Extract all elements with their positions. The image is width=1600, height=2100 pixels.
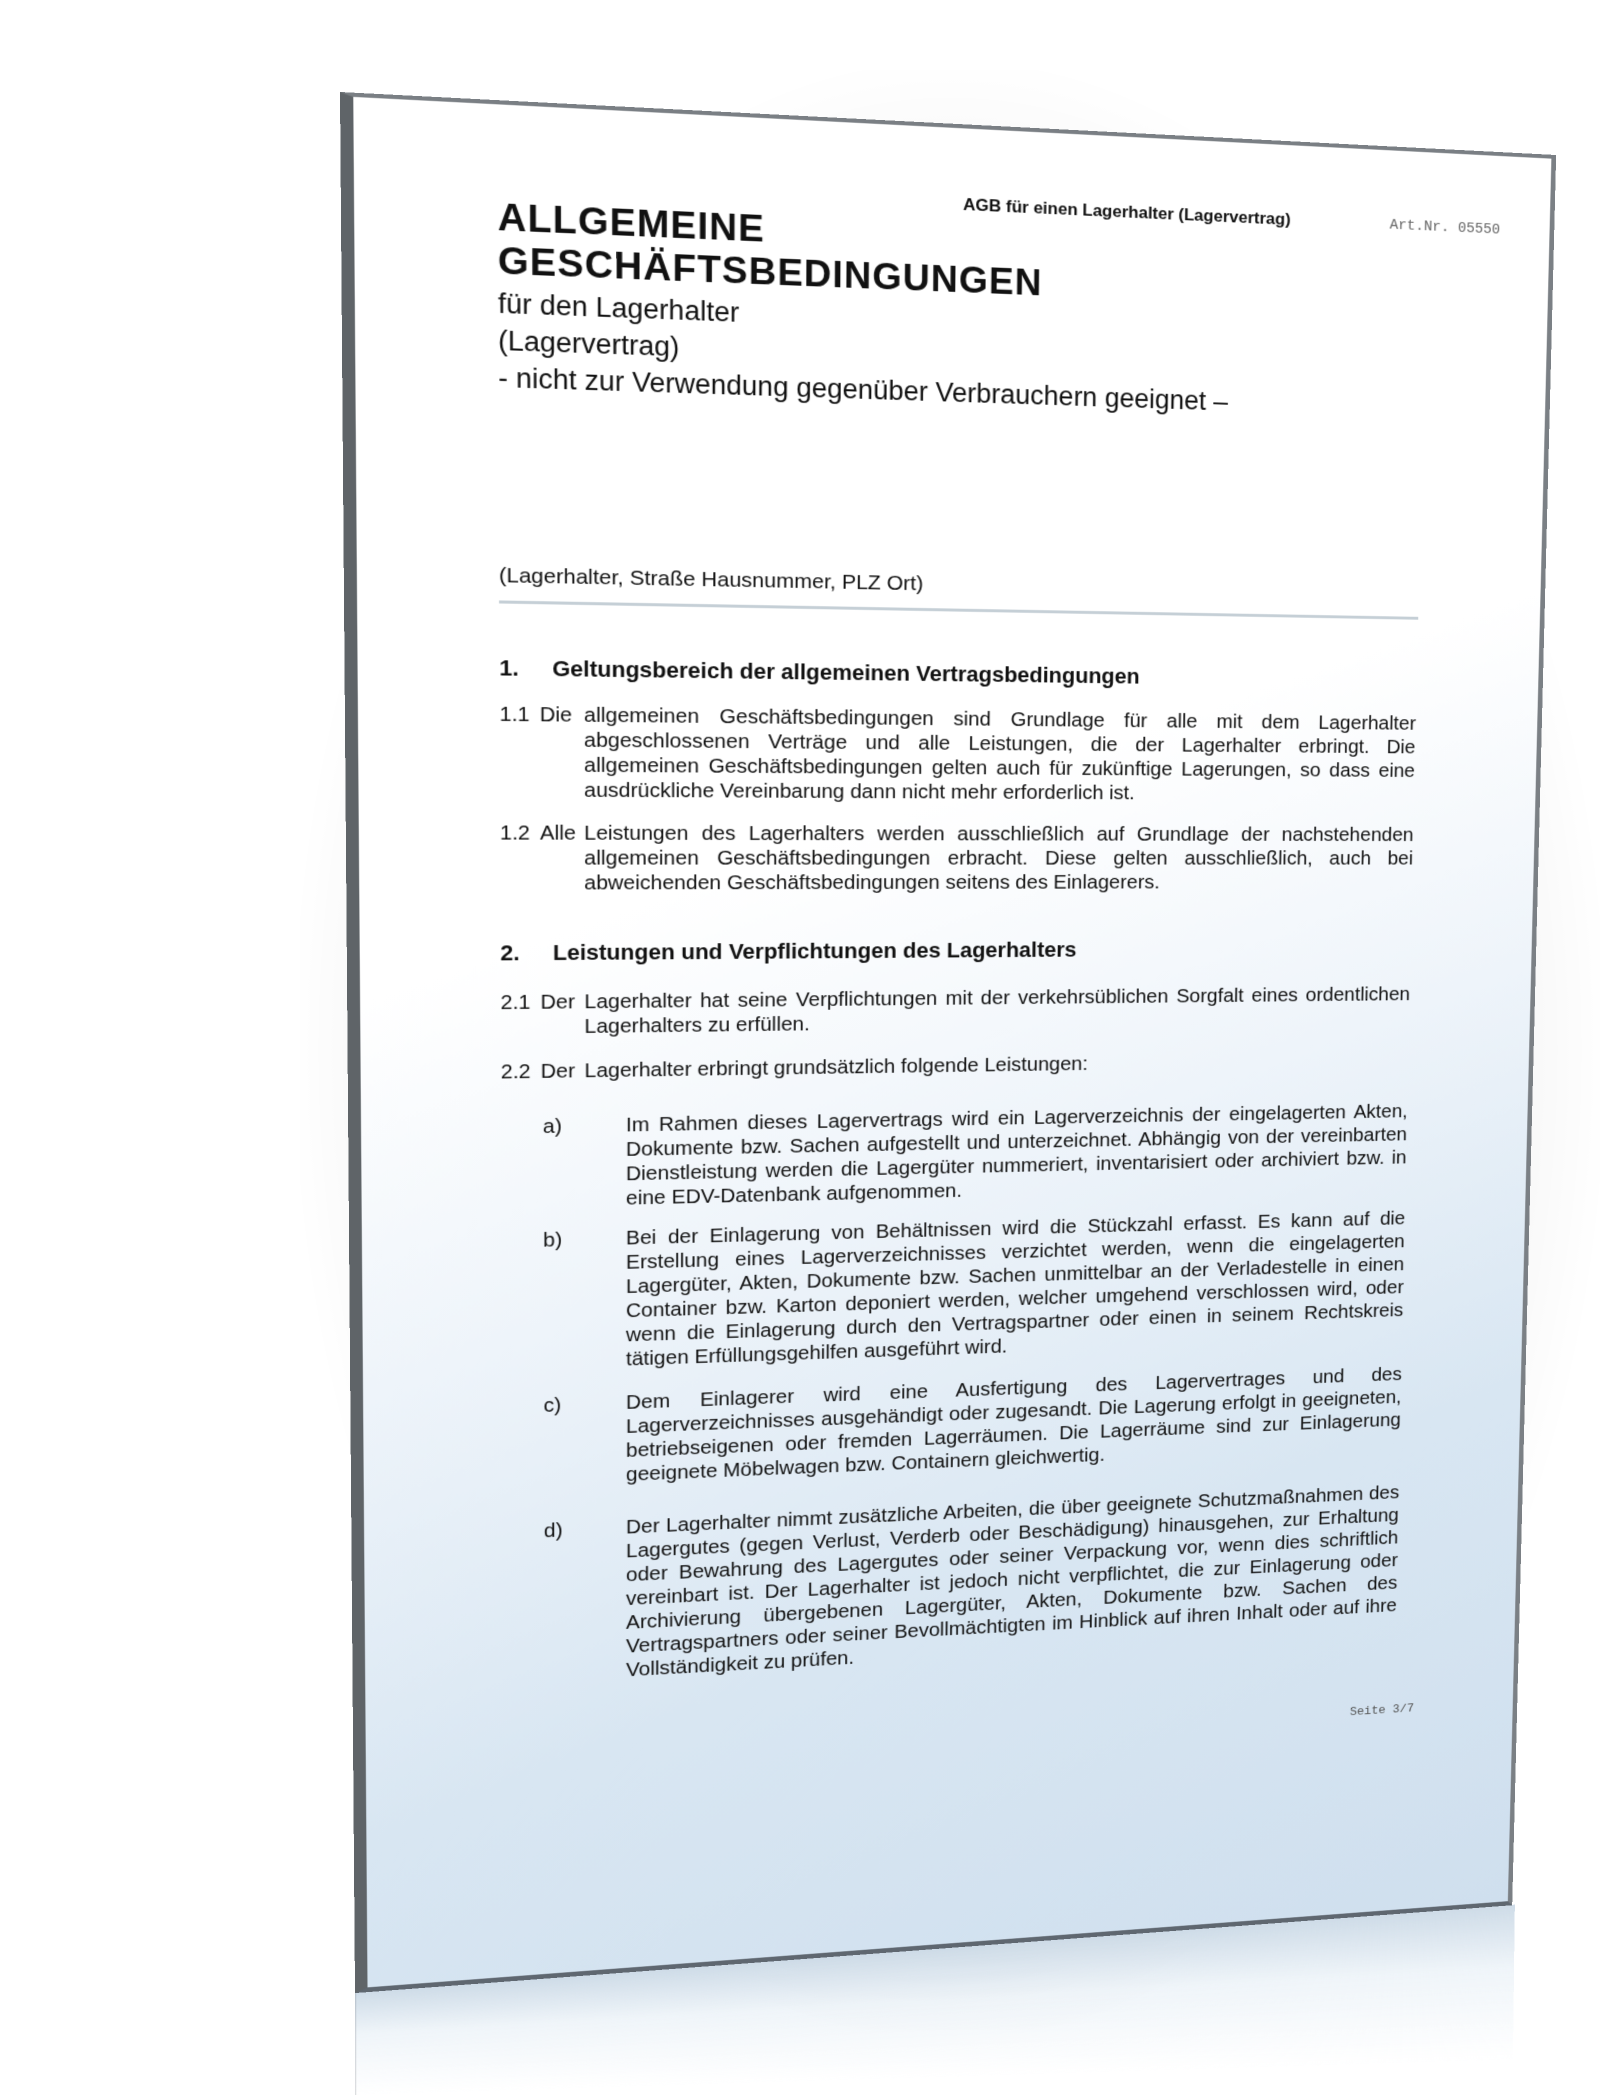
list-item-a: a) Im Rahmen dieses Lagervertrags wird e… [543,1100,1408,1213]
list-item-b: b) Bei der Einlagerung von Behältnissen … [543,1207,1405,1374]
clause-number: 1.2 [500,820,530,845]
clause-body: Lagerhalter erbringt grundsätzlich folge… [584,1053,1088,1082]
clause-1-1: 1.1 Die allgemeinen Geschäftsbedingungen… [499,702,1416,807]
item-label: d) [544,1518,563,1543]
item-text: Im Rahmen dieses Lagervertrags wird ein … [543,1100,1408,1213]
list-item-d: d) Der Lagerhalter nimmt zusätzliche Arb… [544,1481,1400,1687]
clause-text: Lagerhalter erbringt grundsätzlich folge… [501,1048,1409,1085]
section-1-heading: 1.Geltungsbereich der allgemeinen Vertra… [499,655,1140,689]
section-title: Geltungsbereich der allgemeinen Vertrags… [552,656,1140,689]
clause-1-2: 1.2 Alle Leistungen des Lagerhalters wer… [500,820,1414,895]
header-document-title: AGB für einen Lagerhalter (Lagervertrag) [963,195,1291,230]
clause-lead-word: Alle [540,821,576,846]
section-number: 2. [500,940,553,966]
clause-number: 2.2 [501,1059,531,1084]
clause-number: 2.1 [500,990,530,1015]
clause-text: Lagerhalter hat seine Verpflichtungen mi… [500,982,1410,1039]
page-number: Seite 3/7 [1350,1701,1414,1718]
document-page: AGB für einen Lagerhalter (Lagervertrag)… [340,92,1556,1993]
clause-number: 1.1 [499,702,529,728]
list-item-c: c) Dem Einlagerer wird eine Ausfertigung… [544,1363,1403,1491]
clause-lead-word: Der [540,990,575,1015]
header-divider [499,600,1418,619]
clause-2-1: 2.1 Der Lagerhalter hat seine Verpflicht… [500,982,1410,1039]
subtitle-line-3: - nicht zur Verwendung gegenüber Verbrau… [498,359,1228,419]
header-article-number: Art.Nr. 05550 [1390,217,1501,239]
clause-body: Lagerhalter hat seine Verpflichtungen mi… [584,983,1410,1038]
clause-body: Leistungen des Lagerhalters werden aussc… [584,822,1414,895]
section-2-heading: 2.Leistungen und Verpflichtungen des Lag… [500,937,1076,966]
clause-lead-word: Die [540,702,572,727]
item-label: b) [543,1228,562,1253]
item-text: Der Lagerhalter nimmt zusätzliche Arbeit… [544,1481,1400,1687]
clause-text: Leistungen des Lagerhalters werden aussc… [500,820,1414,895]
item-label: a) [543,1114,562,1139]
item-label: c) [544,1393,562,1418]
item-text: Bei der Einlagerung von Behältnissen wir… [543,1207,1405,1374]
section-title: Leistungen und Verpflichtungen des Lager… [553,937,1077,965]
address-placeholder: (Lagerhalter, Straße Hausnummer, PLZ Ort… [499,564,923,596]
clause-text: allgemeinen Geschäftsbedingungen sind Gr… [499,702,1416,807]
section-number: 1. [499,655,552,682]
item-text: Dem Einlagerer wird eine Ausfertigung de… [544,1363,1403,1491]
clause-lead-word: Der [541,1059,576,1084]
document-preview-stage: AGB für einen Lagerhalter (Lagervertrag)… [0,0,1600,2100]
subtitle-line-2: (Lagervertrag) [498,322,679,365]
clause-2-2: 2.2 Der Lagerhalter erbringt grundsätzli… [501,1048,1409,1085]
clause-body: allgemeinen Geschäftsbedingungen sind Gr… [584,704,1416,804]
